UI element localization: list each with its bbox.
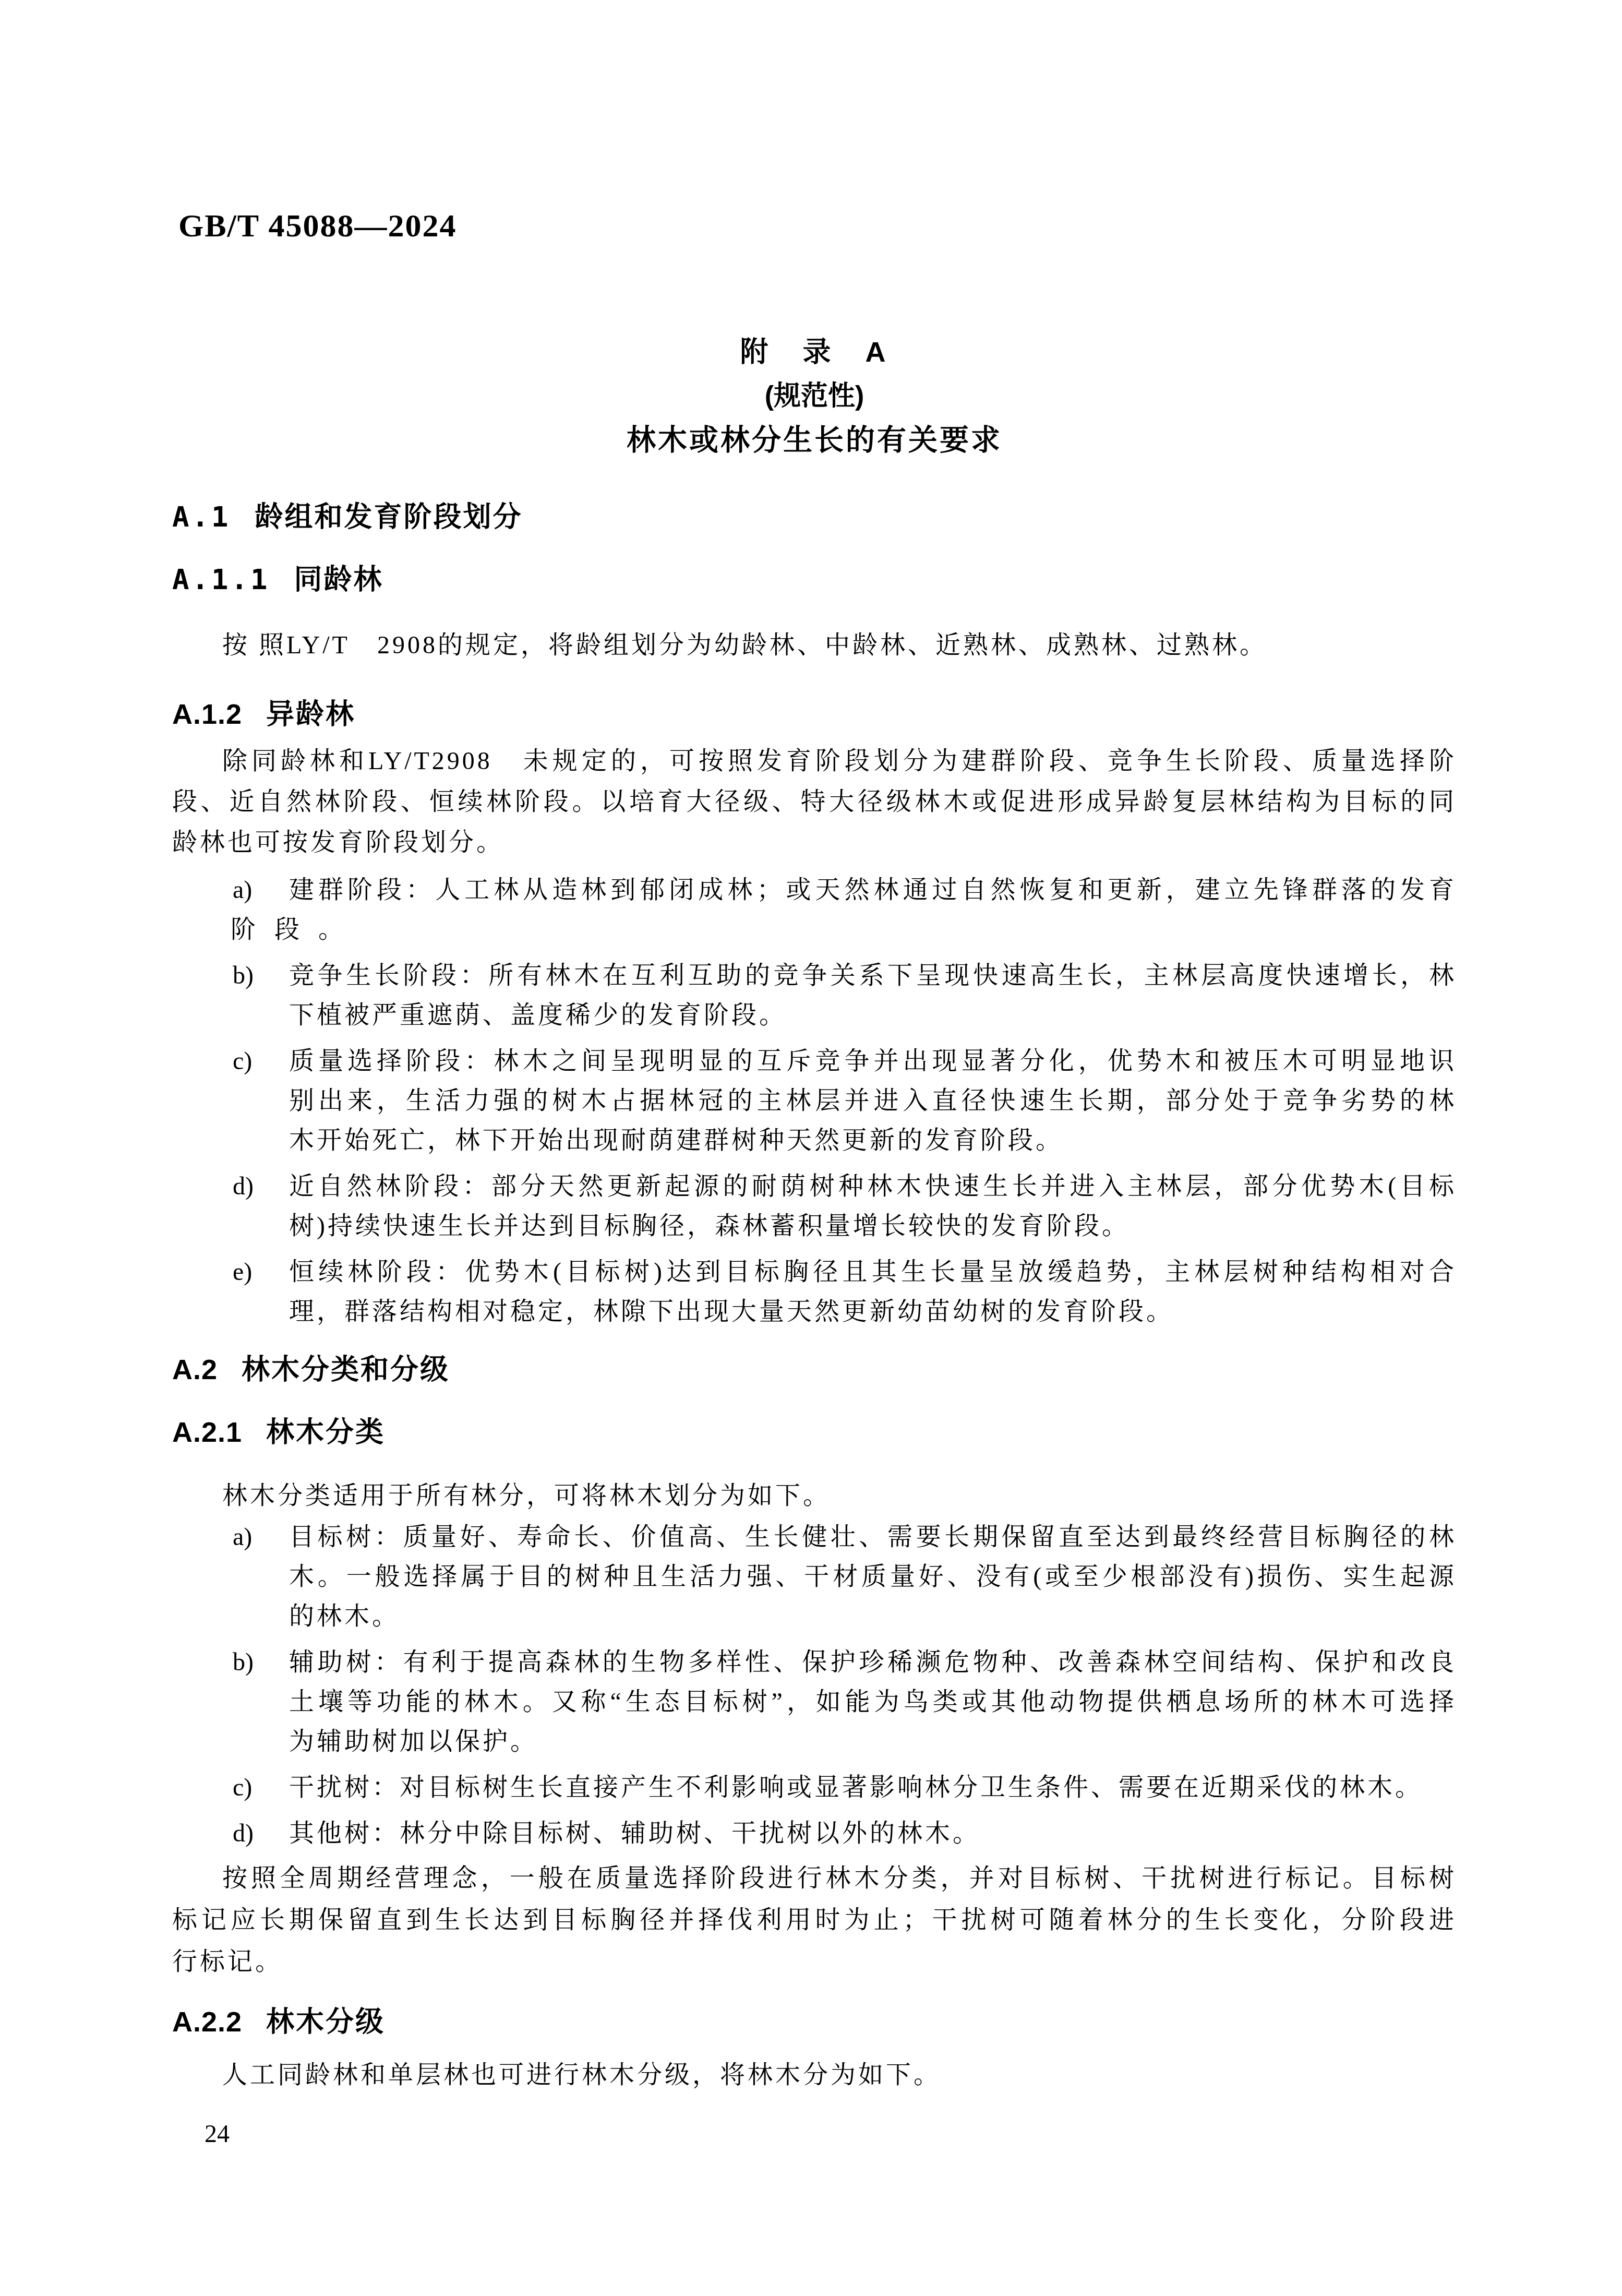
paragraph-line: 按 照LY/T 2908的规定，将龄组划分为幼龄林、中龄林、近熟林、成熟林、过熟… [172,625,1457,666]
heading-title: 林木分级 [266,2006,385,2038]
paragraph-a21-closing: 按照全周期经营理念，一般在质量选择阶段进行林木分类，并对目标树、干扰树进行标记。… [172,1858,1457,1983]
list-item-label: a) [233,1517,252,1557]
heading-title: 同龄林 [294,564,383,595]
section-heading-a2: A.2林木分类和分级 [172,1355,1457,1385]
list-item-label: d) [233,1167,254,1206]
list-item-line: 理，群落结构相对稳定，林隙下出现大量天然更新幼苗幼树的发育阶段。 [289,1292,1457,1332]
list-item-label: c) [233,1768,252,1808]
list-item: c) 质量选择阶段：林木之间呈现明显的互斥竞争并出现显著分化，优势木和被压木可明… [172,1042,1457,1161]
paragraph-line: 段、近自然林阶段、恒续林阶段。以培育大径级、特大径级林木或促进形成异龄复层林结构… [172,782,1457,822]
list-item-line: 木开始死亡，林下开始出现耐荫建群树种天然更新的发育阶段。 [289,1121,1457,1161]
list-item-line: 下植被严重遮荫、盖度稀少的发育阶段。 [289,996,1457,1035]
heading-title: 龄组和发育阶段划分 [255,501,523,533]
paragraph-line: 林木分类适用于所有林分，可将林木划分为如下。 [172,1476,1457,1516]
paragraph-line: 龄林也可按发育阶段划分。 [172,822,1457,863]
list-item-line: 建群阶段：人工林从造林到郁闭成林；或天然林通过自然恢复和更新，建立先锋群落的发育 [289,870,1457,910]
paragraph-a12: 除同龄林和LY/T2908 未规定的，可按照发育阶段划分为建群阶段、竞争生长阶段… [172,741,1457,863]
paragraph-line: 人工同龄林和单层林也可进行林木分级，将林木分为如下。 [172,2055,1457,2096]
list-item: b) 辅助树：有利于提高森林的生物多样性、保护珍稀濒危物种、改善森林空间结构、保… [172,1643,1457,1762]
list-item: e) 恒续林阶段：优势木(目标树)达到目标胸径且其生长量呈放缓趋势，主林层树种结… [172,1252,1457,1332]
heading-title: 异龄林 [266,699,355,730]
list-item-line: 近自然林阶段：部分天然更新起源的耐荫树种林木快速生长并进入主林层，部分优势木(目… [289,1167,1457,1206]
list-item-line: 树)持续快速生长并达到目标胸径，森林蓄积量增长较快的发育阶段。 [289,1206,1457,1246]
list-item: d) 其他树：林分中除目标树、辅助树、干扰树以外的林木。 [172,1814,1457,1853]
list-item-line: 辅助树：有利于提高森林的生物多样性、保护珍稀濒危物种、改善森林空间结构、保护和改… [289,1643,1457,1682]
list-item: a) 目标树：质量好、寿命长、价值高、生长健壮、需要长期保留直至达到最终经营目标… [172,1517,1457,1636]
standard-number-header: GB/T 45088—2024 [178,208,457,245]
list-item: c) 干扰树：对目标树生长直接产生不利影响或显著影响林分卫生条件、需要在近期采伐… [172,1768,1457,1808]
section-heading-a12: A.1.2异龄林 [172,699,1457,730]
heading-number: A.1 [172,502,231,532]
appendix-normative-label: (规范性) [172,381,1457,411]
document-page: GB/T 45088—2024 附 录 A (规范性) 林木或林分生长的有关要求… [0,0,1622,2296]
heading-number: A.2.1 [172,1417,242,1448]
appendix-subject-title: 林木或林分生长的有关要求 [172,424,1457,456]
list-item-line: 木。一般选择属于目的树种且生活力强、干材质量好、没有(或至少根部没有)损伤、实生… [289,1557,1457,1597]
paragraph-a22: 人工同龄林和单层林也可进行林木分级，将林木分为如下。 [172,2055,1457,2096]
list-item-line: 干扰树：对目标树生长直接产生不利影响或显著影响林分卫生条件、需要在近期采伐的林木… [289,1768,1457,1808]
section-heading-a21: A.2.1林木分类 [172,1417,1457,1448]
list-item-label: a) [233,870,252,910]
heading-number: A.1.1 [172,565,270,595]
list-item: a) 建群阶段：人工林从造林到郁闭成林；或天然林通过自然恢复和更新，建立先锋群落… [172,870,1457,950]
list-item-line: 为辅助树加以保护。 [289,1722,1457,1762]
heading-title: 林木分类和分级 [242,1354,450,1385]
section-heading-a11: A.1.1同龄林 [172,565,1457,595]
section-heading-a22: A.2.2林木分级 [172,2007,1457,2037]
paragraph-a11: 按 照LY/T 2908的规定，将龄组划分为幼龄林、中龄林、近熟林、成熟林、过熟… [172,625,1457,666]
list-item-line: 恒续林阶段：优势木(目标树)达到目标胸径且其生长量呈放缓趋势，主林层树种结构相对… [289,1252,1457,1292]
list-item-label: c) [233,1042,252,1081]
list-item-line: 其他树：林分中除目标树、辅助树、干扰树以外的林木。 [289,1814,1457,1853]
list-item-line: 竞争生长阶段：所有林木在互利互助的竞争关系下呈现快速高生长，主林层高度快速增长，… [289,956,1457,996]
paragraph-line: 除同龄林和LY/T2908 未规定的，可按照发育阶段划分为建群阶段、竞争生长阶段… [172,741,1457,782]
list-item-line: 的林木。 [289,1597,1457,1636]
section-heading-a1: A.1龄组和发育阶段划分 [172,502,1457,532]
heading-number: A.1.2 [172,699,242,730]
page-number: 24 [205,2120,230,2149]
paragraph-a21-intro: 林木分类适用于所有林分，可将林木划分为如下。 [172,1476,1457,1516]
list-item-label: d) [233,1814,254,1853]
list-item: b) 竞争生长阶段：所有林木在互利互助的竞争关系下呈现快速高生长，主林层高度快速… [172,956,1457,1035]
list-item-label: e) [233,1252,252,1292]
paragraph-line: 行标记。 [172,1941,1457,1983]
list-item-line: 目标树：质量好、寿命长、价值高、生长健壮、需要长期保留直至达到最终经营目标胸径的… [289,1517,1457,1557]
list-item-line: 阶 段 。 [231,910,1457,950]
appendix-title-block: 附 录 A (规范性) 林木或林分生长的有关要求 [172,337,1457,456]
heading-number: A.2 [172,1355,218,1385]
paragraph-line: 按照全周期经营理念，一般在质量选择阶段进行林木分类，并对目标树、干扰树进行标记。… [172,1858,1457,1899]
tree-classification-list: a) 目标树：质量好、寿命长、价值高、生长健壮、需要长期保留直至达到最终经营目标… [172,1517,1457,1860]
development-stage-list: a) 建群阶段：人工林从造林到郁闭成林；或天然林通过自然恢复和更新，建立先锋群落… [172,870,1457,1338]
heading-title: 林木分类 [266,1417,385,1448]
list-item-line: 土壤等功能的林木。又称“生态目标树”，如能为鸟类或其他动物提供栖息场所的林木可选… [289,1682,1457,1722]
paragraph-line: 标记应长期保留直到生长达到目标胸径并择伐利用时为止；干扰树可随着林分的生长变化，… [172,1899,1457,1941]
list-item-line: 别出来，生活力强的树木占据林冠的主林层并进入直径快速生长期，部分处于竞争劣势的林 [289,1081,1457,1121]
heading-number: A.2.2 [172,2007,242,2037]
list-item-line: 质量选择阶段：林木之间呈现明显的互斥竞争并出现显著分化，优势木和被压木可明显地识 [289,1042,1457,1081]
list-item: d) 近自然林阶段：部分天然更新起源的耐荫树种林木快速生长并进入主林层，部分优势… [172,1167,1457,1246]
list-item-label: b) [233,956,254,996]
appendix-title: 附 录 A [172,337,1457,368]
list-item-label: b) [233,1643,254,1682]
